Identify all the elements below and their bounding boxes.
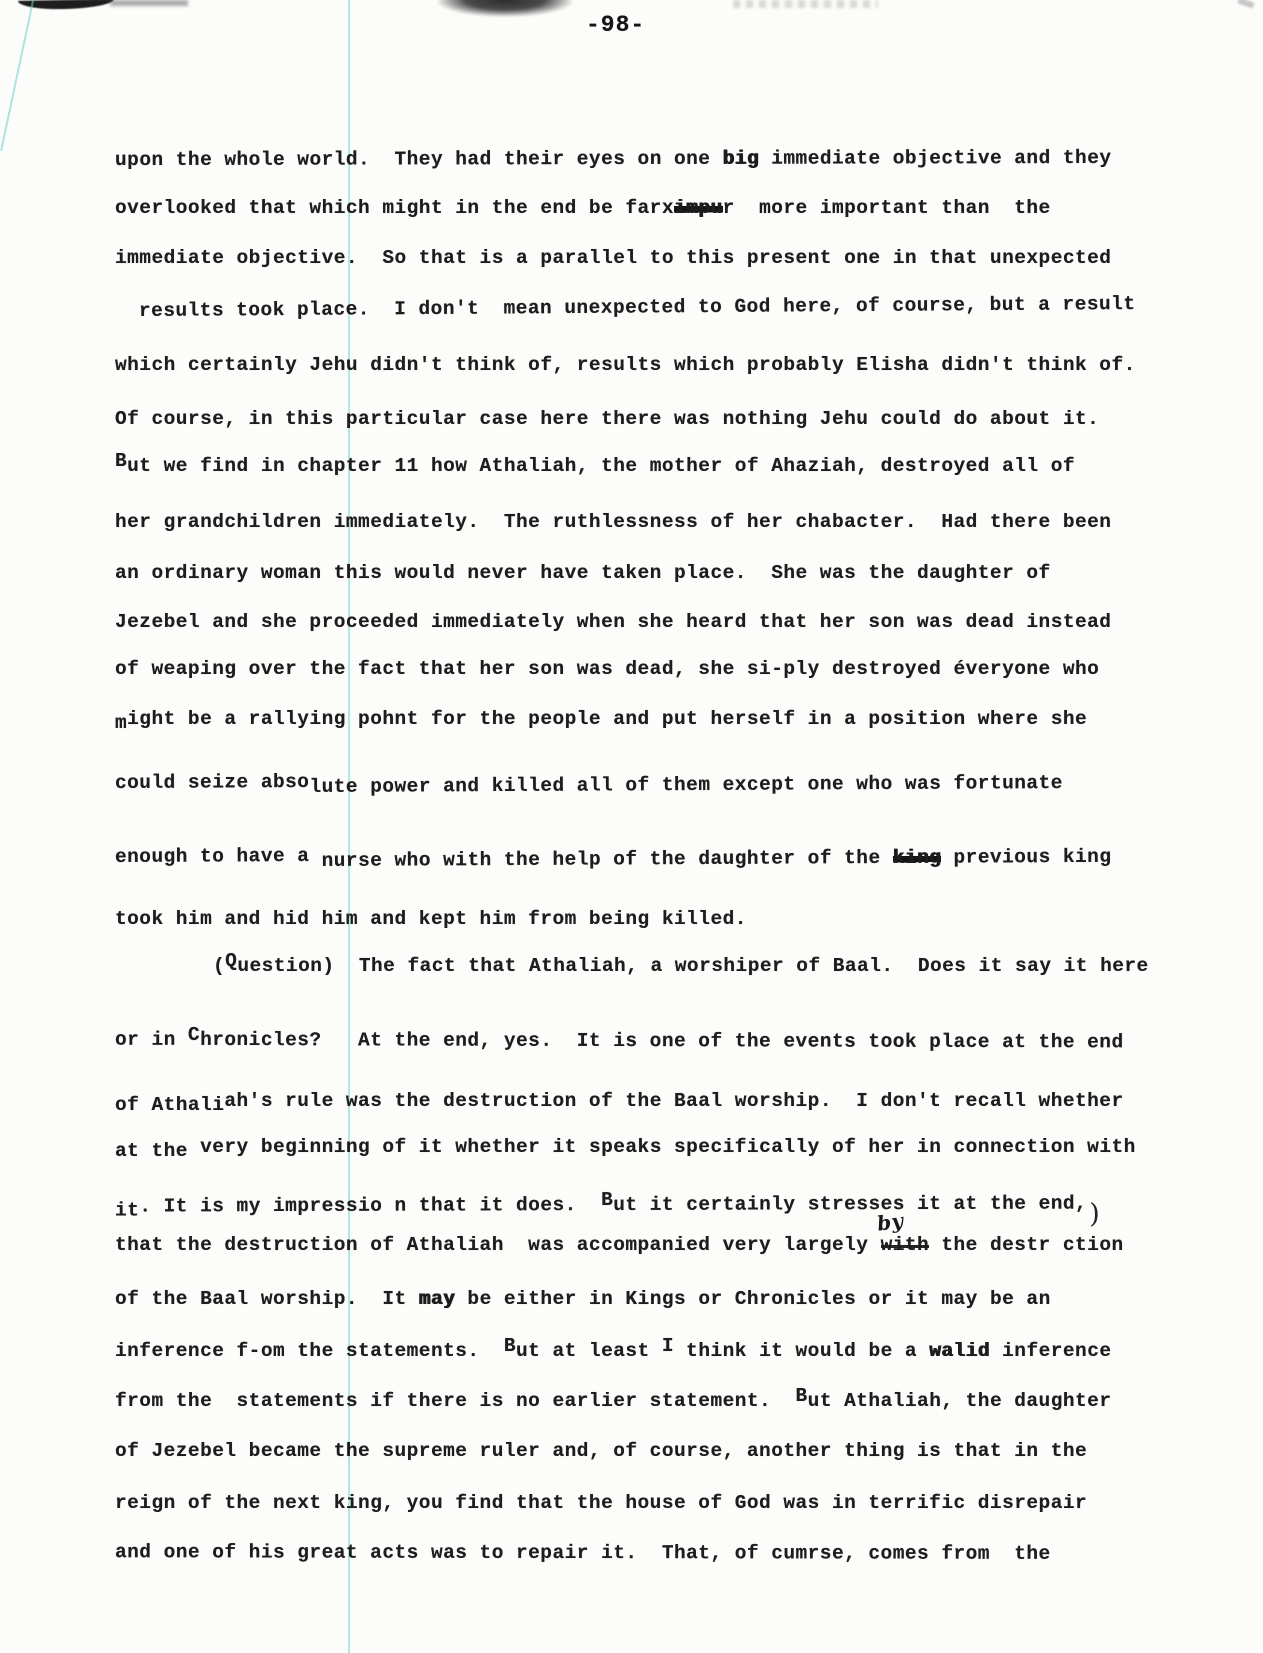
text-segment: uestion) The fact that Athaliah, a worsh… [237,955,1148,977]
text-segment: and one of his great acts was to repair … [115,1541,1051,1565]
text-segment: ut it certainly stresses it at the end, [613,1192,1087,1215]
struck-out-text: impu [674,197,723,219]
text-line: overlooked that which might in the end b… [115,197,1051,219]
text-segment: ut we find in chapter 11 how Athaliah, t… [127,455,1075,477]
raised-text: B [504,1335,516,1357]
text-line: Of course, in this particular case here … [115,408,1099,430]
text-segment: or in [115,1029,188,1051]
text-segment: r more important than the [723,197,1051,219]
text-segment: from the statements if there is no earli… [115,1390,796,1412]
text-line: or in Chronicles? At the end, yes. It is… [115,1029,1124,1054]
text-line: and one of his great acts was to repair … [115,1541,1051,1565]
text-segment: her grandchildren immediately. The ruthl… [115,511,1111,533]
text-line: could seize absolute power and killed al… [115,772,1063,799]
text-segment: inference f-om the statements. [115,1340,504,1362]
lowered-text: it [115,1199,139,1221]
text-line: of Athaliah's rule was the destruction o… [115,1090,1124,1112]
text-segment: ight be a rallying pohnt for the people … [127,708,1087,730]
text-line: upon the whole world. They had their eye… [115,147,1112,171]
text-segment: nurse who with the help of the daughter … [322,847,893,872]
page-text: upon the whole world. They had their eye… [0,0,1263,1653]
lowered-text: m [115,712,127,734]
text-segment: that the destruction of Athaliah was acc… [115,1234,881,1256]
text-line: it. It is my impressio n that it does. B… [115,1184,1098,1218]
text-line: enough to have a nurse who with the help… [115,846,1112,873]
text-segment: which certainly Jehu didn't think of, re… [115,354,1136,376]
raised-text: B [601,1189,613,1211]
text-line: immediate objective. So that is a parall… [115,247,1111,269]
text-line: of the Baal worship. It may be either in… [115,1288,1051,1310]
text-line: might be a rallying pohnt for the people… [115,708,1087,730]
text-line: inference f-om the statements. But at le… [115,1340,1112,1362]
text-segment: very beginning of it whether it speaks s… [200,1136,1136,1158]
text-line: results took place. I don't mean unexpec… [139,293,1136,322]
text-segment: inference [990,1340,1112,1362]
text-segment: previous king [941,846,1111,869]
text-segment: think it would be a [674,1340,929,1362]
double-struck-text: walid [929,1340,990,1362]
text-segment: an ordinary woman this would never have … [115,562,1051,584]
text-line: reign of the next king, you find that th… [115,1492,1087,1514]
text-segment: of weaping over the fact that her son wa… [115,658,1099,680]
text-line: Jezebel and she proceeded immediately wh… [115,611,1111,633]
text-segment: immediate objective. So that is a parall… [115,247,1111,269]
text-segment: of the Baal worship. It [115,1288,419,1310]
text-line: But we find in chapter 11 how Athaliah, … [115,455,1075,477]
text-segment: of Jezebel became the supreme ruler and,… [115,1440,1087,1462]
text-segment: hronicles? At the end, yes. It is one of… [200,1029,1124,1053]
raised-text: B [796,1385,808,1407]
text-segment: ut at least [516,1340,662,1362]
text-line: of weaping over the fact that her son wa… [115,658,1099,680]
text-segment: took him and hid him and kept him from b… [115,908,747,930]
text-segment: . It is my impressio n that it does. [139,1194,601,1217]
text-segment: ah's rule was the destruction of the Baa… [224,1090,1123,1112]
struck-out-text: king [893,847,942,869]
text-segment: Of course, in this particular case here … [115,408,1099,430]
pen-struck-word: withby [881,1234,930,1256]
double-struck-text: big [723,148,760,170]
text-line: which certainly Jehu didn't think of, re… [115,354,1136,376]
lowered-text: of Athali [115,1094,224,1116]
text-segment: the destr ction [929,1234,1123,1256]
raised-text: enough to have a [115,845,322,868]
raised-text: I [662,1335,674,1357]
raised-text: Q [225,950,237,972]
text-line: at the very beginning of it whether it s… [115,1136,1136,1158]
handwritten-paren: ) [1089,1198,1100,1229]
text-line: an ordinary woman this would never have … [115,562,1051,584]
text-segment: ut Athaliah, the daughter [808,1390,1112,1412]
text-segment: results took place. I don't mean unexpec… [139,293,1136,322]
text-line: that the destruction of Athaliah was acc… [115,1234,1124,1256]
text-segment: immediate objective and they [759,147,1111,170]
text-line: took him and hid him and kept him from b… [115,908,747,930]
lowered-text: at the [115,1140,200,1162]
raised-text: B [115,450,127,472]
handwritten-correction: by [875,1208,905,1235]
document-page: -98- upon the whole world. They had thei… [0,0,1263,1653]
text-segment: ( [213,955,225,977]
raised-text: could seize abso [115,771,310,794]
text-line: her grandchildren immediately. The ruthl… [115,511,1111,533]
text-segment: lute power and killed all of them except… [309,772,1063,798]
text-line: from the statements if there is no earli… [115,1390,1111,1412]
text-line: of Jezebel became the supreme ruler and,… [115,1440,1087,1462]
text-segment: be either in Kings or Chronicles or it m… [455,1288,1050,1310]
text-line: (Question) The fact that Athaliah, a wor… [213,955,1149,977]
text-segment: upon the whole world. They had their eye… [115,148,723,171]
text-segment: reign of the next king, you find that th… [115,1492,1087,1514]
raised-text: C [188,1024,200,1046]
double-struck-text: may [419,1288,455,1310]
text-segment: Jezebel and she proceeded immediately wh… [115,611,1111,633]
text-segment: overlooked that which might in the end b… [115,197,674,219]
